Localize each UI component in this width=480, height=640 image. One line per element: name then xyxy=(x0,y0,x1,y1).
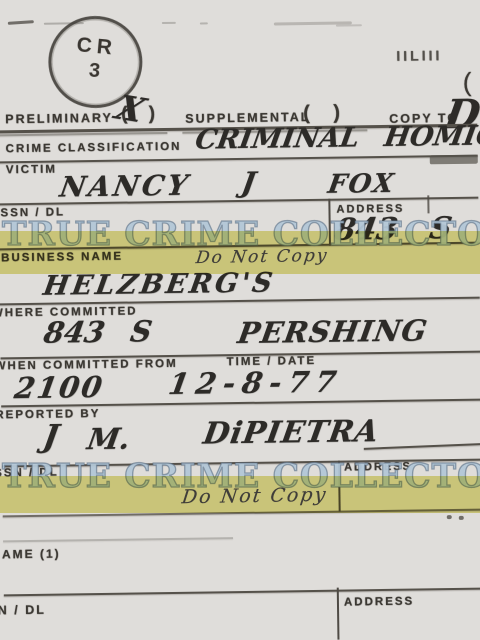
smudge-mark xyxy=(200,22,208,24)
ink-dot xyxy=(459,516,464,520)
form-line xyxy=(0,132,167,136)
reported-by-middle: M. xyxy=(85,422,133,457)
do-not-copy-text: Do Not Copy xyxy=(195,246,330,268)
signature-line-segment xyxy=(364,443,480,450)
smudge-mark xyxy=(336,24,362,26)
smudge-mark xyxy=(162,22,176,24)
victim-first-name: NANCY xyxy=(57,169,193,204)
dark-edge-mark xyxy=(430,155,478,165)
form-line xyxy=(0,155,478,164)
crime-classification-label: CRIME CLASSIFICATION xyxy=(6,141,182,155)
reported-by-first: J xyxy=(41,419,62,455)
when-committed-time: 2100 xyxy=(12,370,106,405)
when-committed-date: 12-8-77 xyxy=(166,365,345,402)
smudge-mark xyxy=(8,20,34,25)
report-form-layer: CR 3 IILIII ( PRELIMINARY ( ) X SUPPLEME… xyxy=(0,0,480,640)
where-committed-number: 843 S xyxy=(41,314,154,350)
ssn-dl-label-3: SSN / DL xyxy=(0,603,46,618)
victim-last-name: FOX xyxy=(326,169,398,200)
faint-line xyxy=(3,537,233,542)
name-1-label: NAME (1) xyxy=(0,547,61,562)
reported-by-last: DiPIETRA xyxy=(201,414,382,452)
top-right-tally-marks: IILIII xyxy=(396,47,442,64)
victim-label: VICTIM xyxy=(6,164,57,177)
police-report-photo: CR 3 IILIII ( PRELIMINARY ( ) X SUPPLEME… xyxy=(0,0,480,640)
do-not-copy-text: Do Not Copy xyxy=(181,484,329,509)
column-divider xyxy=(337,588,340,640)
ink-dot xyxy=(447,515,452,519)
crime-classification-value: CRIMINAL HOMICI xyxy=(193,120,480,155)
preliminary-label: PRELIMINARY xyxy=(5,111,113,127)
victim-middle-initial: J xyxy=(239,166,258,199)
address-label-3: ADDRESS xyxy=(344,596,414,609)
where-committed-street: PERSHING xyxy=(235,313,430,350)
